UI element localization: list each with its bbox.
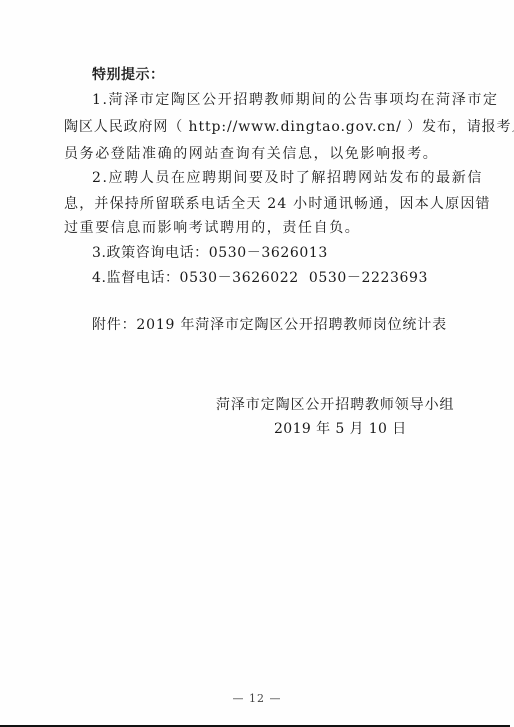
item-1-line-1: 1.菏泽市定陶区公开招聘教师期间的公告事项均在菏泽市定 (92, 91, 452, 109)
signature-organization: 菏泽市定陶区公开招聘教师领导小组 (216, 396, 454, 414)
document-page: 特别提示： 1.菏泽市定陶区公开招聘教师期间的公告事项均在菏泽市定 陶区人民政府… (0, 0, 514, 727)
item-4-supervision-phone: 4.监督电话：0530－3626022 0530－2223693 (92, 269, 452, 287)
notice-heading: 特别提示： (92, 66, 165, 84)
signature-date: 2019 年 5 月 10 日 (274, 420, 407, 438)
page-number: — 12 — (0, 692, 514, 705)
item-2-line-2: 息，并保持所留联系电话全天 24 小时通讯畅通，因本人原因错 (64, 195, 452, 213)
item-2-line-3: 过重要信息而影响考试聘用的，责任自负。 (64, 219, 452, 237)
item-2-line-1: 2.应聘人员在应聘期间要及时了解招聘网站发布的最新信 (92, 169, 452, 187)
item-1-line-3: 员务必登陆准确的网站查询有关信息，以免影响报考。 (64, 145, 452, 163)
item-1-line-2: 陶区人民政府网（ http://www.dingtao.gov.cn/ ）发布，… (64, 118, 452, 136)
attachment-line: 附件：2019 年菏泽市定陶区公开招聘教师岗位统计表 (92, 316, 452, 334)
item-3-policy-phone: 3.政策咨询电话：0530－3626013 (92, 244, 452, 262)
